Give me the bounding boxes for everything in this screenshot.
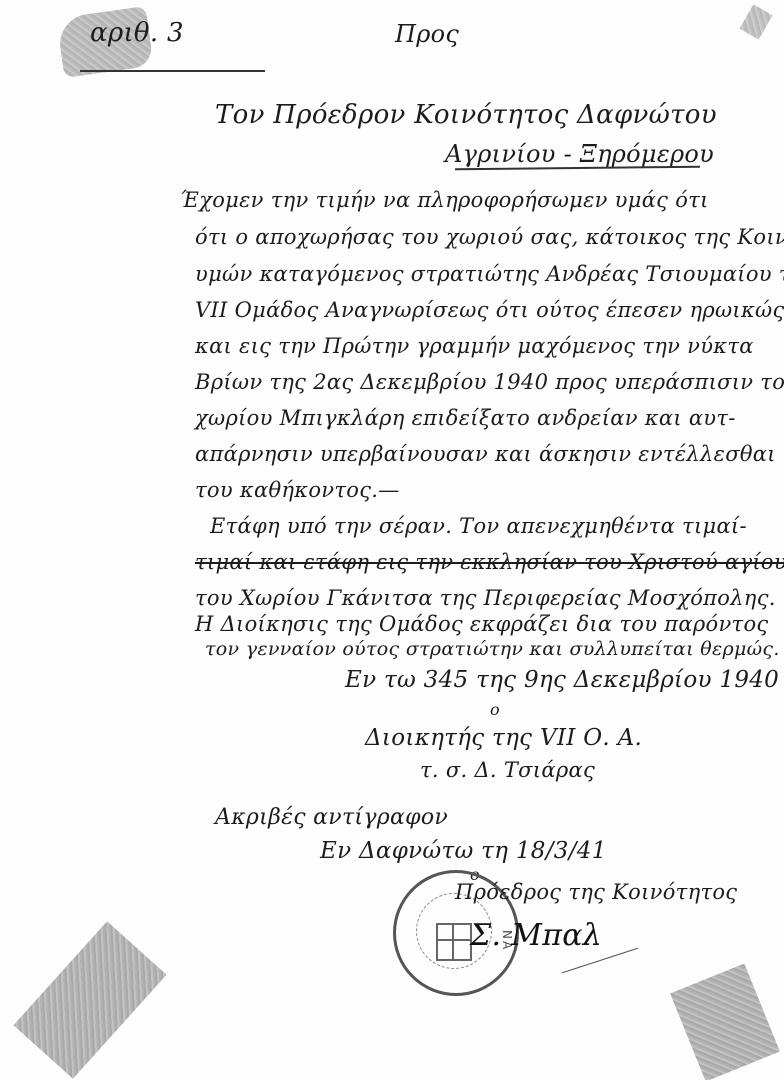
body-line: και εις την Πρώτην γραμμήν μαχόμενος την… — [195, 334, 754, 358]
body-line: του καθήκοντος.— — [195, 478, 400, 502]
reference-number: αριθ. 3 — [90, 18, 184, 48]
body-line: απάρνησιν υπερβαίνουσαν και άσκησιν εντέ… — [195, 442, 776, 466]
scanned-letter-page: αριθ. 3 Προς Τον Πρόεδρον Κοινότητος Δαφ… — [0, 0, 784, 1080]
body-line: τον γενναίον ούτος στρατιώτην και συλλυπ… — [205, 638, 780, 660]
signature-name: τ. σ. Δ. Τσιάρας — [420, 758, 595, 782]
body-line: χωρίου Μπιγκλάρη επιδείξατο ανδρείαν και… — [195, 406, 736, 430]
reference-underline — [80, 70, 265, 72]
body-line: υμών καταγόμενος στρατιώτης Ανδρέας Τσιο… — [195, 262, 784, 286]
certification-line-1: Ακριβές αντίγραφον — [215, 805, 448, 830]
body-line: του Χωρίου Γκάνιτσα της Περιφερείας Μοσχ… — [195, 586, 776, 610]
body-line: Η Διοίκησις της Ομάδος εκφράζει δια του … — [195, 612, 768, 636]
signature-title: Διοικητής της VII Ο. Α. — [365, 725, 642, 751]
body-line: Έχομεν την τιμήν να πληροφορήσωμεν υμάς … — [180, 188, 709, 212]
tape-mark-bottom-right — [670, 963, 780, 1080]
body-line: ότι ο αποχωρήσας του χωριού σας, κάτοικο… — [195, 225, 784, 249]
to-label: Προς — [395, 20, 459, 48]
date-line: Εν τω 345 της 9ης Δεκεμβρίου 1940 — [345, 667, 779, 693]
stamp-crest-icon — [436, 923, 472, 961]
body-line: Ετάφη υπό την σέραν. Τον απενεχμηθέντα τ… — [210, 514, 747, 538]
addressee-line-1: Τον Πρόεδρον Κοινότητος Δαφνώτου — [215, 100, 717, 130]
signature-article: ο — [490, 700, 500, 719]
president-label: Πρόεδρος της Κοινότητος — [455, 880, 737, 904]
tape-mark-top-right — [739, 4, 772, 39]
addressee-line-2: Αγρινίου - Ξηρόμερου — [445, 140, 714, 168]
certification-line-2: Εν Δαφνώτω τη 18/3/41 — [320, 838, 607, 864]
tape-mark-bottom-left — [13, 921, 166, 1079]
body-line: Βρίων της 2ας Δεκεμβρίου 1940 προς υπερά… — [195, 370, 784, 394]
president-signature: Σ. Μπαλ — [470, 918, 602, 953]
body-line: VII Ομάδος Αναγνωρίσεως ότι ούτος έπεσεν… — [195, 298, 784, 322]
body-line-struck: τιμαί και ετάφη εις την εκκλησίαν του Χρ… — [195, 550, 784, 574]
